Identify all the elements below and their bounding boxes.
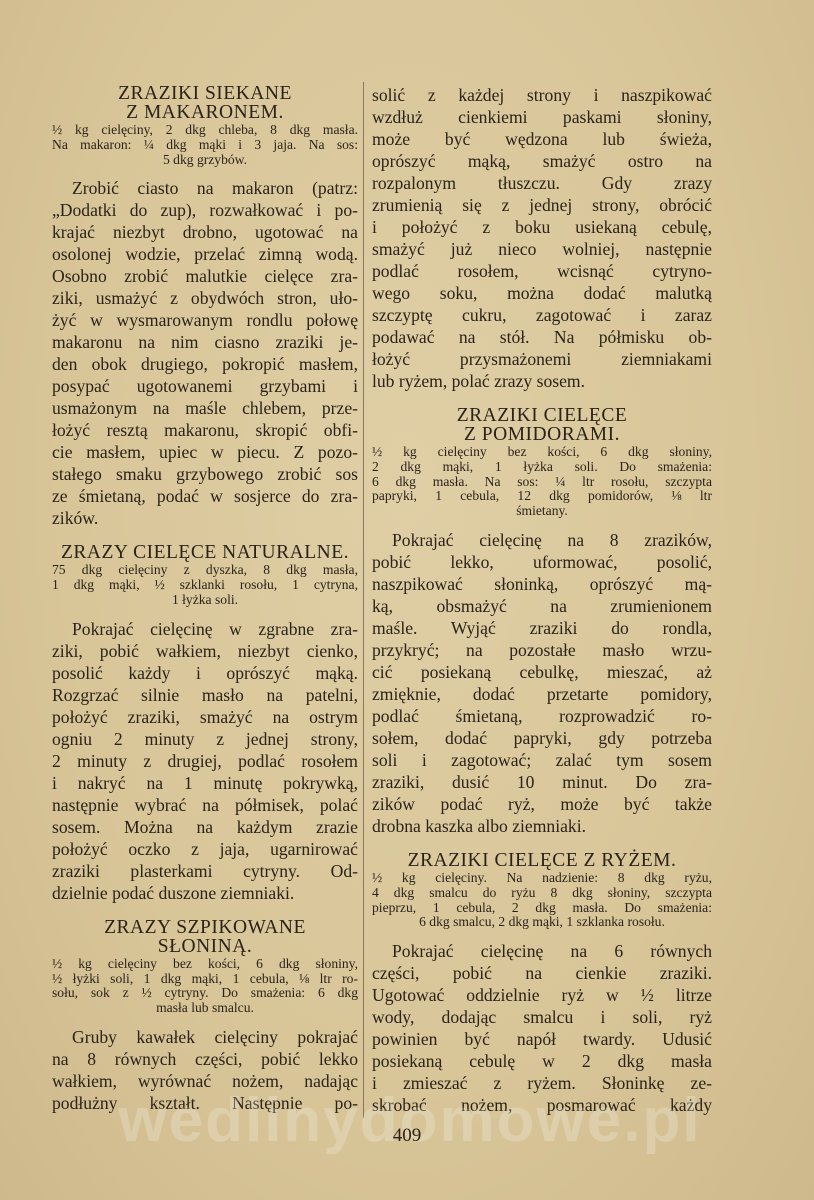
ingredients-line: pieprzu, 1 cebula, 2 dkg masła. Do smaże…	[372, 901, 712, 916]
instruction-line: części, pobić na cienkie zraziki.	[372, 962, 712, 984]
recipe-section: ZRAZY SZPIKOWANESŁONINĄ.½ kg cielęciny b…	[52, 918, 358, 1114]
instruction-line: posolić każdy i oprószyć mąką.	[52, 662, 358, 684]
instruction-line: i nakryć na 1 minutę pokrywką,	[52, 772, 358, 794]
instruction-line: powinien być napół twardy. Udusić	[372, 1028, 712, 1050]
recipe-title: ZRAZY SZPIKOWANE	[52, 918, 358, 937]
recipe-ingredients: ½ kg cielęciny. Na nadzienie: 8 dkg ryżu…	[372, 871, 712, 930]
recipe-title: ZRAZIKI CIELĘCE	[372, 406, 712, 425]
instruction-line: stałego smaku grzybowego zrobić sos	[52, 463, 358, 485]
instruction-line: wody, dodając smalcu i soli, ryż	[372, 1006, 712, 1028]
instruction-line: następnie wybrać na półmisek, polać	[52, 794, 358, 816]
instruction-line: zrumienią się z jednej strony, obrócić	[372, 194, 712, 216]
ingredients-line: sołu, sok z ½ cytryny. Do smażenia: 6 dk…	[52, 986, 358, 1001]
instruction-line: podłużny kształt. Następnie po-	[52, 1092, 358, 1114]
ingredients-line: masła lub smalcu.	[52, 1001, 358, 1016]
instruction-line: naszpikować słoninką, oprószyć mą-	[372, 573, 712, 595]
ingredients-line: 5 dkg grzybów.	[52, 153, 358, 168]
recipe-instructions: Pokrajać cielęcinę na 8 zrazików,pobić l…	[372, 529, 712, 837]
instruction-line: wego soku, można dodać malutką	[372, 282, 712, 304]
recipe-title: ZRAZIKI CIELĘCE Z RYŻEM.	[372, 851, 712, 870]
recipe-section: ZRAZY CIELĘCE NATURALNE.75 dkg cielęciny…	[52, 543, 358, 903]
instruction-line: Rozgrzać silnie masło na patelni,	[52, 684, 358, 706]
instruction-line: Zrobić ciasto na makaron (patrz:	[52, 177, 358, 199]
instruction-line: soli i zagotować; zalać tym sosem	[372, 749, 712, 771]
ingredients-line: 2 dkg mąki, 1 łyżka soli. Do smażenia:	[372, 460, 712, 475]
instruction-line: podawać na stół. Na półmisku ob-	[372, 326, 712, 348]
instruction-line: na 8 równych części, pobić lekko	[52, 1048, 358, 1070]
instruction-line: Osobno zrobić malutkie cielęce zra-	[52, 265, 358, 287]
instruction-line: Pokrajać cielęcinę w zgrabne zra-	[52, 618, 358, 640]
recipe-section: ZRAZIKI SIEKANEZ MAKARONEM.½ kg cielęcin…	[52, 84, 358, 529]
recipe-instructions: Pokrajać cielęcinę na 6 równychczęści, p…	[372, 940, 712, 1116]
instruction-line: przykryć; na pozostałe masło wrzu-	[372, 639, 712, 661]
instruction-line: położyć zraziki, smażyć na ostrym	[52, 706, 358, 728]
instruction-line: zraziki plasterkami cytryny. Od-	[52, 860, 358, 882]
instruction-line: wzdłuż cienkiemi paskami słoniny,	[372, 106, 712, 128]
instruction-line: zików.	[52, 507, 358, 529]
recipe-ingredients: ½ kg cielęciny bez kości, 6 dkg słoniny,…	[372, 445, 712, 519]
instruction-line: położyć oczko z jaja, ugarnirować	[52, 838, 358, 860]
instruction-line: sosem. Można na każdym zrazie	[52, 816, 358, 838]
instruction-line: wałkiem, wyrównać nożem, nadając	[52, 1070, 358, 1092]
instruction-line: solić z każdej strony i naszpikować	[372, 84, 712, 106]
recipe-instructions: Pokrajać cielęcinę w zgrabne zra-ziki, p…	[52, 618, 358, 904]
instruction-line: Pokrajać cielęcinę na 6 równych	[372, 940, 712, 962]
instruction-line: „Dodatki do zup), rozwałkować i po-	[52, 199, 358, 221]
recipe-title: Z POMIDORAMI.	[372, 425, 712, 444]
recipe-section: ZRAZIKI CIELĘCE Z RYŻEM.½ kg cielęciny. …	[372, 851, 712, 1116]
recipe-ingredients: ½ kg cielęciny, 2 dkg chleba, 8 dkg masł…	[52, 123, 358, 167]
instruction-line: zmięknie, dodać przetarte pomidory,	[372, 683, 712, 705]
recipe-title: Z MAKARONEM.	[52, 103, 358, 122]
instruction-line: usmażonym na maśle chlebem, prze-	[52, 397, 358, 419]
instruction-line: łożyć przysmażonemi ziemniakami	[372, 348, 712, 370]
ingredients-line: papryki, 1 cebula, 12 dkg pomidorów, ⅛ l…	[372, 489, 712, 504]
instruction-line: cić posiekaną cebulkę, mieszać, aż	[372, 661, 712, 683]
ingredients-line: śmietany.	[372, 504, 712, 519]
instruction-line: krajać niezbyt drobno, ugotować na	[52, 221, 358, 243]
instruction-line: lub ryżem, polać zrazy sosem.	[372, 370, 712, 392]
instruction-line: podlać śmietaną, rozprowadzić ro-	[372, 705, 712, 727]
instruction-line: makaronu na nim ciasno zraziki je-	[52, 331, 358, 353]
instruction-line: skrobać nożem, posmarować każdy	[372, 1094, 712, 1116]
recipe-title: ZRAZY CIELĘCE NATURALNE.	[52, 543, 358, 562]
instruction-line: smażyć już nieco wolniej, następnie	[372, 238, 712, 260]
right-column: solić z każdej strony i naszpikowaćwzdłu…	[372, 84, 712, 1130]
ingredients-line: Na makaron: ¼ dkg mąki i 3 jaja. Na sos:	[52, 138, 358, 153]
instruction-line: Gruby kawałek cielęciny pokrajać	[52, 1026, 358, 1048]
ingredients-line: ½ kg cielęciny bez kości, 6 dkg słoniny,	[372, 445, 712, 460]
instruction-line: posypać ugotowanemi grzybami i	[52, 375, 358, 397]
instruction-line: rozpalonym tłuszczu. Gdy zrazy	[372, 172, 712, 194]
ingredients-line: 1 łyżka soli.	[52, 593, 358, 608]
recipe-instructions: Gruby kawałek cielęciny pokrajaćna 8 rów…	[52, 1026, 358, 1114]
instruction-line: zików podać ryż, może być także	[372, 793, 712, 815]
left-column: ZRAZIKI SIEKANEZ MAKARONEM.½ kg cielęcin…	[52, 84, 358, 1128]
ingredients-line: 6 dkg masła. Na sos: ¼ ltr rosołu, szczy…	[372, 475, 712, 490]
recipe-section: ZRAZIKI CIELĘCEZ POMIDORAMI.½ kg cielęci…	[372, 406, 712, 837]
ingredients-line: 4 dkg smalcu do ryżu 8 dkg słoniny, szcz…	[372, 886, 712, 901]
recipe-ingredients: ½ kg cielęciny bez kości, 6 dkg słoniny,…	[52, 957, 358, 1016]
instruction-line: pobić lekko, uformować, posolić,	[372, 551, 712, 573]
instruction-line: cie masłem, upiec w piecu. Z pozo-	[52, 441, 358, 463]
instruction-line: Ugotować oddzielnie ryż w ½ litrze	[372, 984, 712, 1006]
instruction-line: zraziki, dusić 10 minut. Do zra-	[372, 771, 712, 793]
instruction-line: 2 minuty z drugiej, podlać rosołem	[52, 750, 358, 772]
recipe-title: ZRAZIKI SIEKANE	[52, 84, 358, 103]
ingredients-line: ½ kg cielęciny, 2 dkg chleba, 8 dkg masł…	[52, 123, 358, 138]
instruction-line: i położyć z boku usiekaną cebulę,	[372, 216, 712, 238]
instruction-line: Pokrajać cielęcinę na 8 zrazików,	[372, 529, 712, 551]
instruction-line: drobna kaszka albo ziemniaki.	[372, 815, 712, 837]
recipe-title: SŁONINĄ.	[52, 937, 358, 956]
ingredients-line: ½ kg cielęciny. Na nadzienie: 8 dkg ryżu…	[372, 871, 712, 886]
instruction-line: ogniu 2 minuty z jednej strony,	[52, 728, 358, 750]
ingredients-line: ½ łyżki soli, 1 dkg mąki, 1 cebula, ⅛ lt…	[52, 972, 358, 987]
cookbook-page: ZRAZIKI SIEKANEZ MAKARONEM.½ kg cielęcin…	[0, 0, 814, 1200]
instruction-line: posiekaną cebulę w 2 dkg masła	[372, 1050, 712, 1072]
instruction-line: osolonej wodzie, przelać zimną wodą.	[52, 243, 358, 265]
instruction-line: ze śmietaną, podać w sosjerce do zra-	[52, 485, 358, 507]
ingredients-line: 1 dkg mąki, ½ szklanki rosołu, 1 cytryna…	[52, 578, 358, 593]
instruction-line: oprószyć mąką, smażyć ostro na	[372, 150, 712, 172]
recipe-instructions: Zrobić ciasto na makaron (patrz:„Dodatki…	[52, 177, 358, 529]
instruction-line: żyć w wysmarowanym rondlu połowę	[52, 309, 358, 331]
instruction-line: den obok drugiego, pokropić masłem,	[52, 353, 358, 375]
instruction-line: maśle. Wyjąć zraziki do rondla,	[372, 617, 712, 639]
instruction-line: i zmieszać z ryżem. Słoninkę ze-	[372, 1072, 712, 1094]
instruction-line: szczyptę cukru, zagotować i zaraz	[372, 304, 712, 326]
instruction-line: ką, obsmażyć na zrumienionem	[372, 595, 712, 617]
instruction-line: ziki, usmażyć z obydwóch stron, uło-	[52, 287, 358, 309]
instruction-line: podlać rosołem, wcisnąć cytryno-	[372, 260, 712, 282]
ingredients-line: ½ kg cielęciny bez kości, 6 dkg słoniny,	[52, 957, 358, 972]
ingredients-line: 75 dkg cielęciny z dyszka, 8 dkg masła,	[52, 563, 358, 578]
recipe-ingredients: 75 dkg cielęciny z dyszka, 8 dkg masła,1…	[52, 563, 358, 607]
instruction-line: łożyć resztą makaronu, skropić obfi-	[52, 419, 358, 441]
page-number: 409	[0, 1125, 814, 1147]
instruction-line: może być wędzona lub świeża,	[372, 128, 712, 150]
column-divider	[363, 82, 364, 1118]
instruction-line: ziki, pobić wałkiem, niezbyt cienko,	[52, 640, 358, 662]
ingredients-line: 6 dkg smalcu, 2 dkg mąki, 1 szklanka ros…	[372, 915, 712, 930]
continuation-text: solić z każdej strony i naszpikowaćwzdłu…	[372, 84, 712, 392]
instruction-line: sołem, dodać papryki, gdy potrzeba	[372, 727, 712, 749]
instruction-line: dzielnie podać duszone ziemniaki.	[52, 882, 358, 904]
